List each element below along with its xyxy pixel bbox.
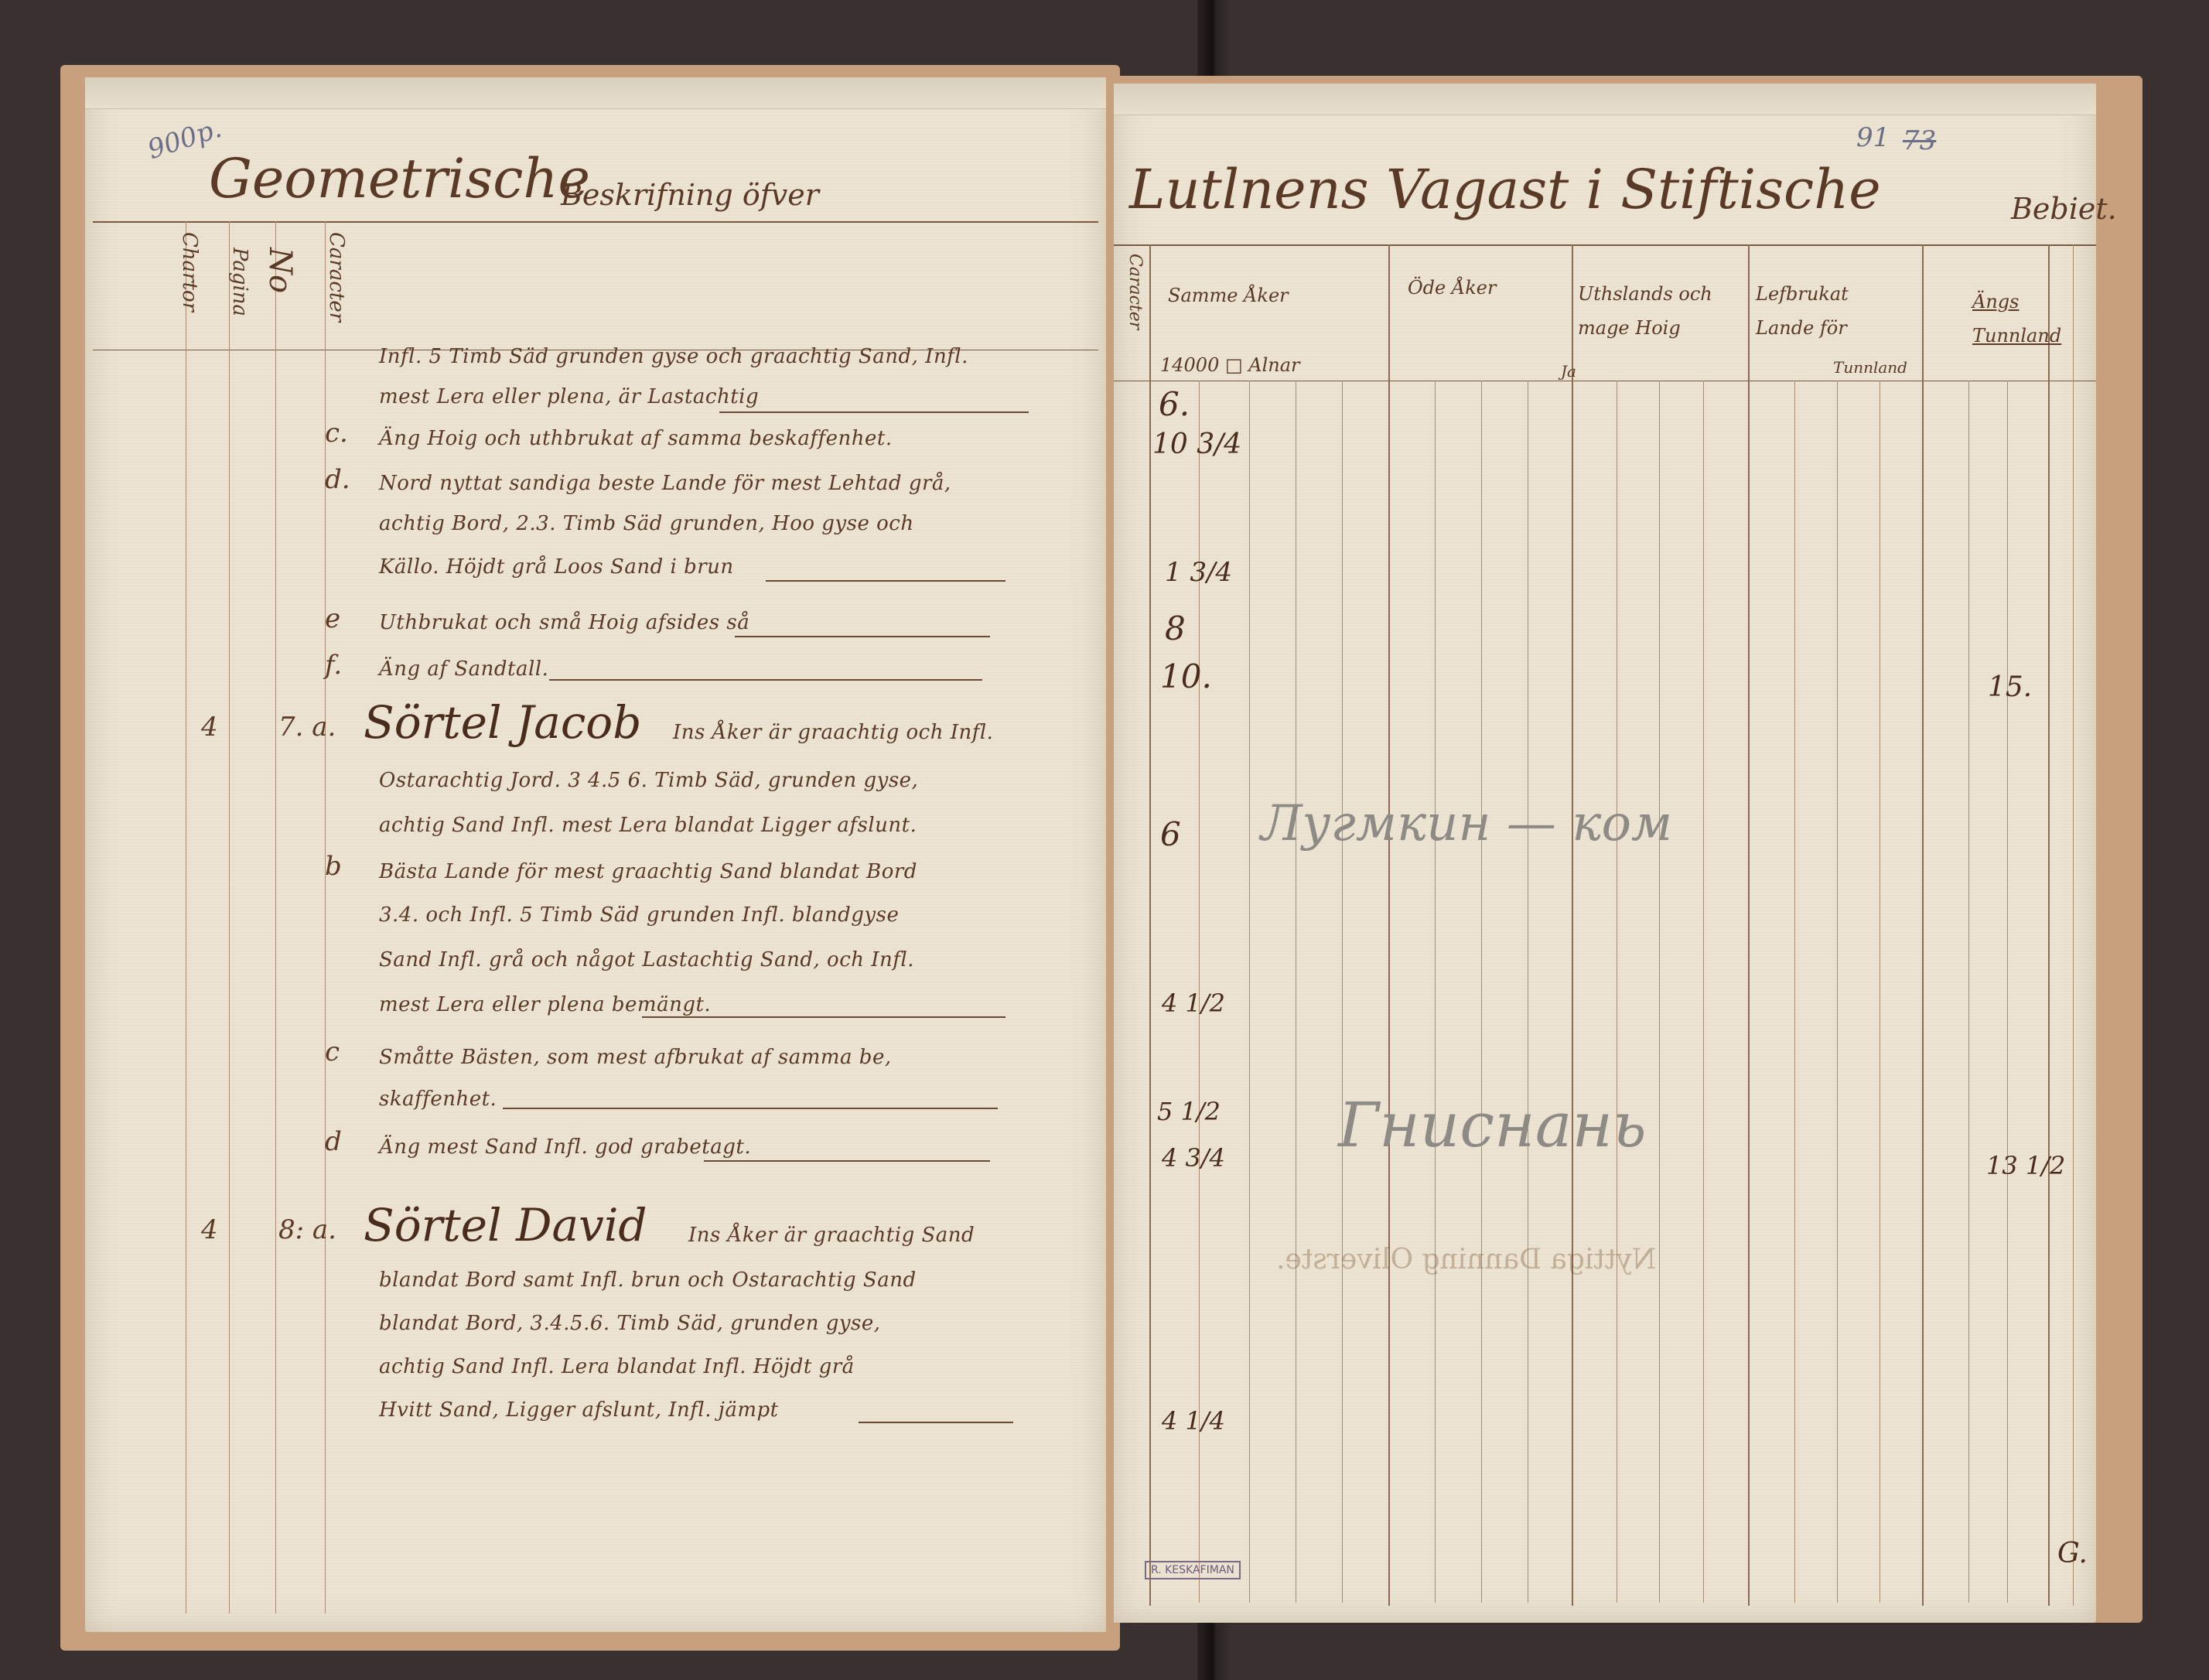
- column-header-pagina: Pagina: [228, 248, 251, 316]
- column-header-lefbrukat: Lefbrukat Lande för: [1756, 277, 1910, 345]
- page-edge-top: [85, 77, 1106, 109]
- entry-end-dash: [719, 411, 1029, 413]
- entry-text-line: achtig Sand Infl. mest Lera blandat Ligg…: [379, 814, 917, 837]
- pencil-annotation: Лугмкин — ком: [1261, 795, 1672, 852]
- column-header-caracter: Caracter: [325, 232, 348, 322]
- archive-stamp: R. KESKAFIMAN: [1145, 1561, 1241, 1579]
- entry-end-dash: [642, 1016, 1005, 1018]
- entry-end-dash: [549, 679, 982, 681]
- entry-text-line: mest Lera eller plena, är Lastachtig: [379, 385, 759, 408]
- signature-mark: G.: [2057, 1538, 2088, 1569]
- value-cell: 8: [1165, 610, 1186, 647]
- value-cell: 5 1/2: [1157, 1097, 1221, 1126]
- column-header-uthslands: Uthslands och mage Hoig: [1578, 277, 1740, 345]
- column-header-angs: Ängs Tunnland: [1972, 285, 2065, 353]
- header-rule-bottom: [1114, 381, 2096, 381]
- page-title-right: Lutlnens Vagast i Stiftische: [1129, 158, 1881, 221]
- entry-text-line: achtig Bord, 2.3. Timb Säd grunden, Hoo …: [379, 512, 914, 535]
- column-rule: [229, 221, 230, 1613]
- entry-owner-name: Sörtel Jacob: [364, 696, 641, 749]
- column-header-chartor: Chartor: [178, 232, 201, 312]
- entry-text-line: Ins Åker är graachtig Sand: [688, 1224, 975, 1247]
- column-rule: [2007, 381, 2008, 1603]
- entry-chart-number: 4: [201, 1214, 218, 1245]
- column-rule: [186, 221, 186, 1613]
- folio-number-right: 91: [1856, 122, 1890, 153]
- value-cell: 4 1/4: [1162, 1406, 1225, 1436]
- column-rule: [275, 221, 276, 1613]
- entry-letter: 7. a.: [278, 712, 336, 743]
- entry-text-line: 3.4. och Infl. 5 Timb Säd grunden Infl. …: [379, 903, 899, 927]
- value-cell: 10 3/4: [1152, 429, 1241, 460]
- entry-chart-number: 4: [201, 712, 218, 743]
- value-cell: 6.: [1159, 385, 1190, 423]
- entry-letter: c: [325, 1036, 340, 1067]
- entry-letter: c.: [325, 418, 348, 449]
- page-title-left-rest: Beskrifning öfver: [561, 178, 819, 212]
- entry-letter: d: [325, 1126, 342, 1157]
- column-rule: [1342, 381, 1343, 1603]
- entry-text-line: Sand Infl. grå och något Lastachtig Sand…: [379, 948, 914, 971]
- header-rule-top: [93, 221, 1098, 223]
- value-cell: 4 1/2: [1162, 989, 1225, 1018]
- entry-text-line: Hvitt Sand, Ligger afslunt, Infl. jämpt: [379, 1398, 779, 1422]
- column-header-samme-aker: Samme Åker: [1168, 285, 1289, 306]
- column-rule: [1880, 381, 1880, 1603]
- entry-text-line: Infl. 5 Timb Säd grunden gyse och graach…: [379, 345, 968, 368]
- entry-letter: 8: a.: [278, 1214, 336, 1245]
- entry-text-line: Småtte Bästen, som mest afbrukat af samm…: [379, 1046, 892, 1069]
- value-cell: 10.: [1160, 657, 1212, 695]
- entry-text-line: achtig Sand Infl. Lera blandat Infl. Höj…: [379, 1355, 855, 1378]
- column-rule: [1249, 381, 1250, 1603]
- column-header-caracter: Caracter: [1125, 254, 1145, 330]
- entry-text-line: Äng af Sandtall.: [379, 657, 548, 681]
- entry-text-line: Ostarachtig Jord. 3 4.5 6. Timb Säd, gru…: [379, 769, 918, 792]
- column-rule: [1794, 381, 1795, 1603]
- value-cell: 6: [1160, 815, 1181, 853]
- column-rule: [1922, 244, 1924, 1606]
- pencil-annotation: Гниснань: [1338, 1089, 1647, 1161]
- value-cell: 1 3/4: [1165, 557, 1232, 588]
- entry-text-line: mest Lera eller plena bemängt.: [379, 993, 711, 1016]
- entry-text-line: blandat Bord, 3.4.5.6. Timb Säd, grunden…: [379, 1312, 881, 1335]
- column-rule: [1748, 244, 1750, 1606]
- column-rule: [1659, 381, 1660, 1603]
- page-edge-top: [1114, 84, 2096, 115]
- entry-end-dash: [766, 580, 1005, 582]
- column-rule: [1296, 381, 1296, 1603]
- entry-text-line: Äng Hoig och uthbrukat af samma beskaffe…: [379, 427, 893, 450]
- entry-owner-name: Sörtel David: [364, 1199, 647, 1251]
- entry-text-line: Äng mest Sand Infl. god grabetagt.: [379, 1135, 751, 1159]
- entry-letter: d.: [325, 464, 350, 495]
- column-subheader-ja: Ja: [1561, 362, 1576, 381]
- entry-text-line: Källo. Höjdt grå Loos Sand i brun: [379, 555, 734, 579]
- value-cell: 4 3/4: [1162, 1143, 1225, 1173]
- entry-letter: b: [325, 851, 342, 882]
- entry-text-line: skaffenhet.: [379, 1088, 497, 1111]
- entry-text-line: Bästa Lande för mest graachtig Sand blan…: [379, 860, 917, 883]
- entry-text-line: blandat Bord samt Infl. brun och Ostarac…: [379, 1269, 917, 1292]
- header-rule-top: [1114, 244, 2096, 246]
- column-rule: [1435, 381, 1436, 1603]
- column-rule: [1572, 244, 1573, 1606]
- column-rule: [1528, 381, 1528, 1603]
- entry-end-dash: [704, 1160, 990, 1162]
- entry-end-dash: [735, 636, 990, 637]
- entry-text-line: Ins Åker är graachtig och Infl.: [673, 721, 993, 744]
- entry-text-line: Uthbrukat och små Hoig afsides så: [379, 611, 749, 634]
- entry-letter: e: [325, 603, 340, 634]
- entry-end-dash: [859, 1422, 1013, 1423]
- column-rule: [1703, 381, 1704, 1603]
- entry-letter: f.: [325, 650, 342, 681]
- column-rule: [2048, 244, 2050, 1606]
- column-subheader-tunnland: Tunnland: [1833, 358, 1907, 377]
- column-rule: [2073, 244, 2074, 1606]
- page-title-right-rest: Bebiet.: [2011, 192, 2117, 226]
- angs-value-cell: 15.: [1988, 671, 2032, 703]
- folio-number-struck: 73: [1903, 125, 1936, 156]
- column-rule: [1968, 381, 1969, 1603]
- right-page: 91 73 Lutlnens Vagast i Stiftische Bebie…: [1114, 84, 2096, 1623]
- column-header-ode-aker: Öde Åker: [1408, 277, 1496, 299]
- column-rule: [1481, 381, 1482, 1603]
- column-rule: [1617, 381, 1617, 1603]
- column-header-no: No: [262, 248, 298, 293]
- ink-bleed-through: Nyttiga Danning Oliverste.: [1276, 1244, 1656, 1275]
- column-rule: [1837, 381, 1838, 1603]
- column-rule: [1149, 244, 1151, 1606]
- entry-end-dash: [503, 1108, 998, 1109]
- column-subheader-alnar: 14000 □ Alnar: [1160, 354, 1300, 376]
- entry-text-line: Nord nyttat sandiga beste Lande för mest…: [379, 472, 951, 495]
- angs-value-cell: 13 1/2: [1986, 1151, 2065, 1180]
- page-title-left: Geometrische: [209, 147, 590, 210]
- column-rule: [1388, 244, 1390, 1606]
- left-page: 900p. Geometrische Beskrifning öfver Cha…: [85, 77, 1106, 1632]
